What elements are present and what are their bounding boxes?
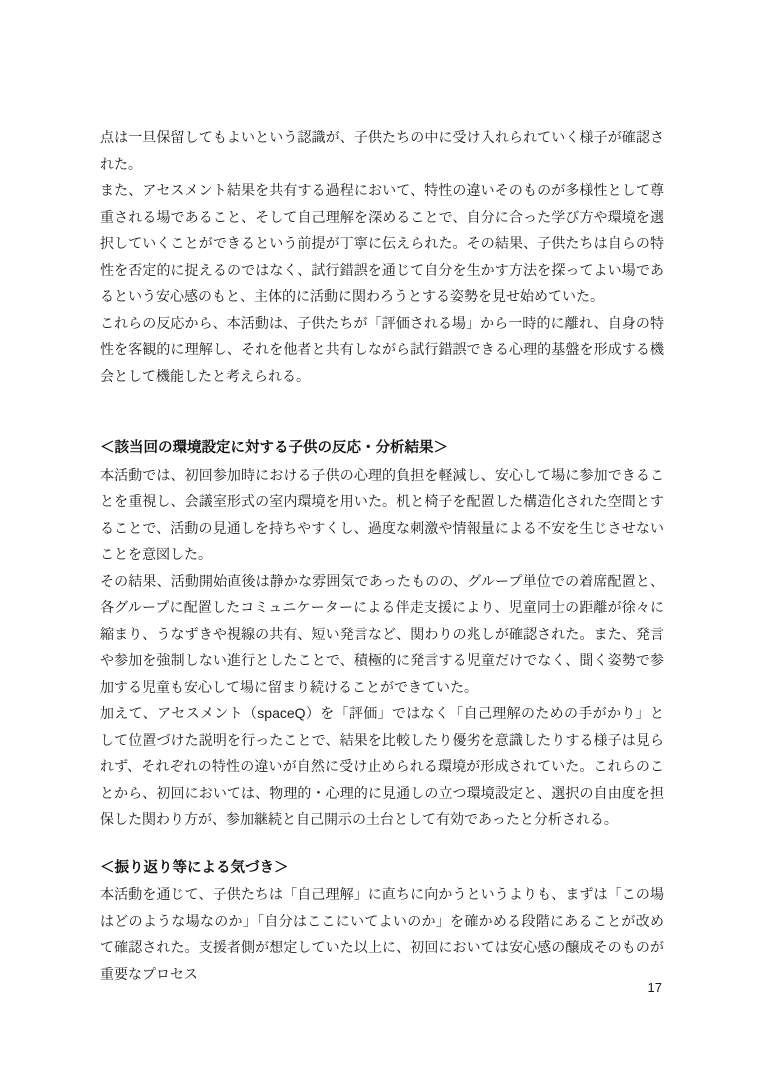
section-heading-environment-response-analysis: ＜該当回の環境設定に対する子供の反応・分析結果＞ (100, 435, 664, 462)
page-content: 点は一旦保留してもよいという認識が、子供たちの中に受け入れられていく様子が確認さ… (100, 124, 664, 987)
paragraph-intro-1: 点は一旦保留してもよいという認識が、子供たちの中に受け入れられていく様子が確認さ… (100, 124, 664, 177)
page-number: 17 (648, 980, 662, 996)
paragraph-section1-1: 本活動では、初回参加時における子供の心理的負担を軽減し、安心して場に参加できるこ… (100, 462, 664, 568)
document-page: 点は一旦保留してもよいという認識が、子供たちの中に受け入れられていく様子が確認さ… (0, 0, 768, 1087)
paragraph-intro-2: また、アセスメント結果を共有する過程において、特性の違いそのものが多様性として尊… (100, 177, 664, 310)
paragraph-section1-3: 加えて、アセスメント（spaceQ）を「評価」ではなく「自己理解のための手がかり… (100, 700, 664, 833)
paragraph-intro-3: これらの反応から、本活動は、子供たちが「評価される場」から一時的に離れ、自身の特… (100, 310, 664, 390)
paragraph-section2-1: 本活動を通じて、子供たちは「自己理解」に直ちに向かうというよりも、まずは「この場… (100, 881, 664, 987)
paragraph-section1-2: その結果、活動開始直後は静かな雰囲気であったものの、グループ単位での着席配置と、… (100, 568, 664, 701)
section-heading-reflection-insights: ＜振り返り等による気づき＞ (100, 855, 664, 882)
